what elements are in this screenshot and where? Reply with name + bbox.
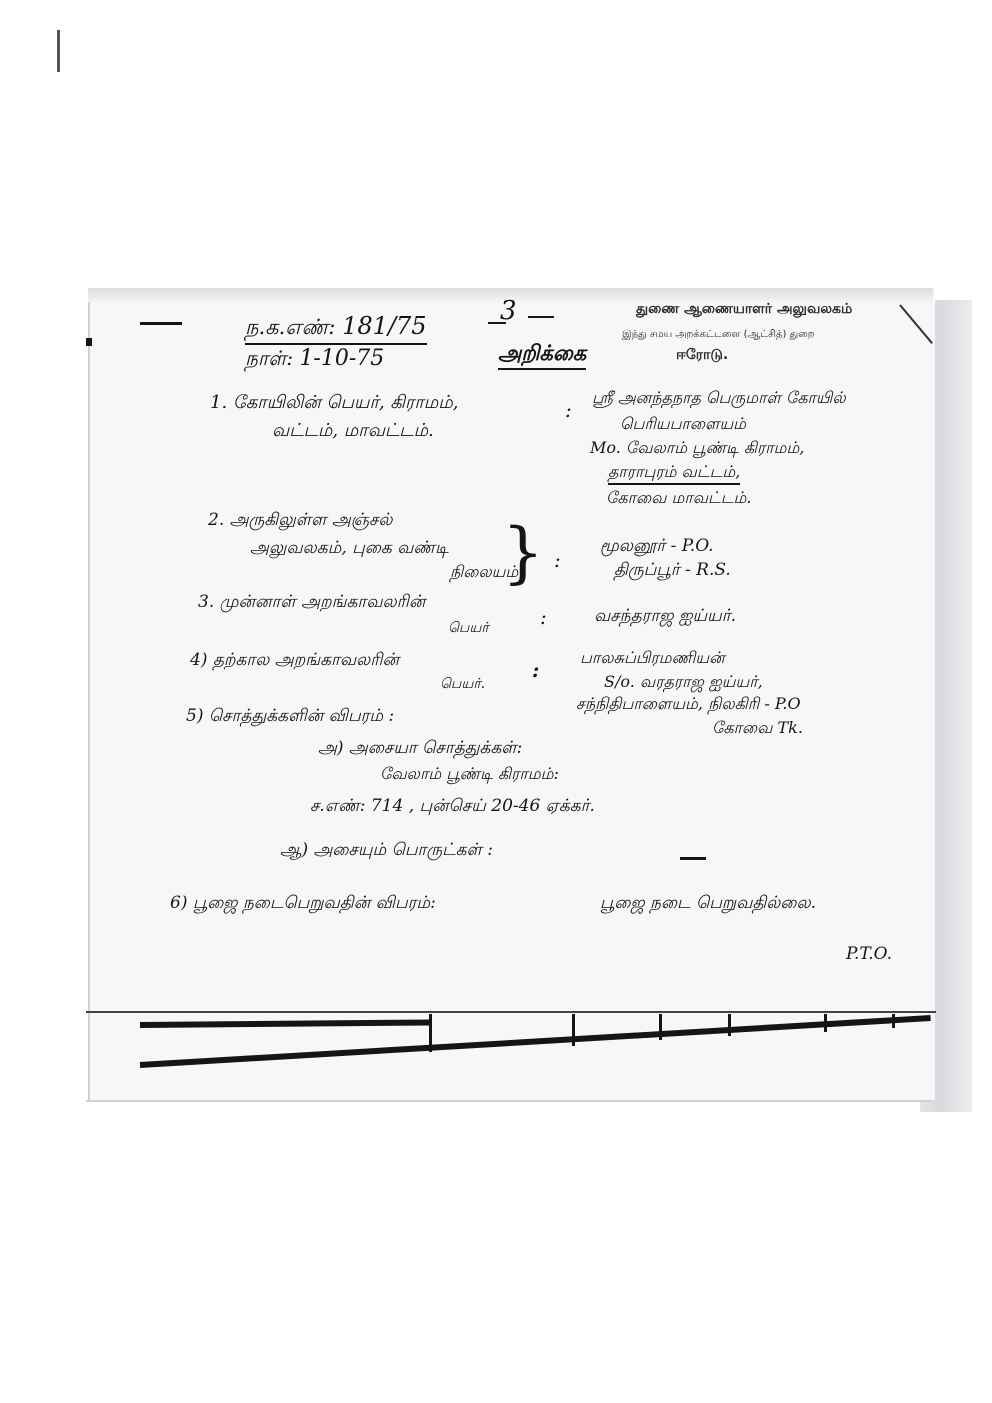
item-1-value-line-3: Mo. வேலாம் பூண்டி கிராமம், (590, 438, 804, 459)
item-3-value: வசந்தராஜ ஐய்யர். (594, 606, 736, 628)
item-3-label-line: முன்னாள் அறங்காவலரின் (220, 592, 426, 612)
reference-value: 181/75 (342, 312, 426, 340)
form-column-divider (728, 1014, 731, 1036)
date-value: 1-10-75 (299, 346, 384, 371)
item-1-number: 1. (210, 392, 227, 413)
item-6-value: பூஜை நடை பெறுவதில்லை. (600, 893, 816, 915)
reference-number: ந.க.எண்: 181/75 (245, 312, 427, 345)
item-1-label-line-2: வட்டம், மாவட்டம். (272, 420, 434, 443)
item-3-label: 3. முன்னாள் அறங்காவலரின் (198, 592, 425, 614)
margin-dash (140, 322, 182, 325)
item-5a-line-2: ச.எண்: 714 , புன்செய் 20-46 ஏக்கர். (310, 796, 595, 818)
item-5-label-line: சொத்துக்களின் விபரம் : (209, 706, 394, 726)
item-3-number: 3. (198, 592, 214, 612)
item-2-value-line-1: மூலனூர் - P.O. (600, 536, 714, 558)
reference-label: ந.க.எண்: (245, 315, 335, 339)
office-header-line3: ஈரோடு. (676, 347, 728, 365)
item-2-label-line-2: அலுவலகம், புகை வண்டி (250, 538, 449, 560)
item-5-label: 5) சொத்துக்களின் விபரம் : (186, 706, 394, 728)
item-5a-label: அ) அசையா சொத்துக்கள்: (318, 738, 522, 760)
report-title: அறிக்கை (498, 340, 586, 370)
stray-pen-mark (57, 30, 60, 72)
item-4-value-line-4: கோவை Tk. (712, 718, 803, 739)
item-2-brace: } (502, 520, 544, 586)
item-4-label-line-2: பெயர். (440, 676, 485, 694)
item-6-label: 6) பூஜை நடைபெறுவதின் விபரம்: (170, 893, 436, 915)
item-1-label-line: கோயிலின் பெயர், கிராமம், (233, 392, 459, 413)
item-6-label-line: பூஜை நடைபெறுவதின் விபரம்: (193, 893, 436, 913)
item-5-number: 5) (186, 706, 203, 726)
document-date: நாள்: 1-10-75 (245, 346, 384, 373)
pto-note: P.T.O. (846, 944, 892, 964)
item-1-colon: : (565, 398, 572, 422)
form-column-divider (892, 1014, 895, 1028)
form-column-divider (659, 1014, 662, 1040)
item-6-number: 6) (170, 893, 187, 913)
item-2-number: 2. (208, 510, 224, 530)
item-2-label: 2. அருகிலுள்ள அஞ்சல் (208, 510, 393, 532)
page-marker-dash-left (488, 322, 506, 324)
date-label: நாள்: (245, 346, 293, 370)
sheet-lower-edge (86, 1100, 931, 1102)
item-4-label-line: தற்கால அறங்காவலரின் (213, 650, 399, 670)
form-column-divider (572, 1014, 575, 1046)
item-3-colon: : (540, 605, 547, 629)
item-5b-label: ஆ) அசையும் பொருட்கள் : (280, 840, 493, 862)
office-header-line2: இந்து சமய அறக்கட்டளை (ஆட்சித்) துறை (622, 329, 815, 341)
item-5a-line-1: வேலாம் பூண்டி கிராமம்: (380, 764, 559, 785)
item-4-colon: : (532, 658, 539, 682)
sheet-bottom-edge (86, 1011, 936, 1013)
item-2-label-line: அருகிலுள்ள அஞ்சல் (230, 510, 393, 530)
item-1-value-line-2: பெரியபாளையம் (620, 414, 746, 435)
page-marker-dash-right (528, 316, 554, 318)
item-4-label: 4) தற்கால அறங்காவலரின் (190, 650, 399, 672)
item-4-value-line-2: S/o. வரதராஜ ஐய்யர், (604, 672, 763, 693)
item-4-value-line-1: பாலசுப்பிரமணியன் (580, 648, 725, 669)
form-column-divider (429, 1014, 432, 1052)
item-1-label: 1. கோயிலின் பெயர், கிராமம், (210, 392, 458, 415)
margin-mark (86, 338, 92, 346)
office-header-line1: துணை ஆணையாளர் அலுவலகம் (636, 301, 852, 319)
item-1-value-line-1: ஸ்ரீ அனந்தநாத பெருமாள் கோயில் (592, 388, 846, 409)
item-1-value-line-5: கோவை மாவட்டம். (606, 488, 751, 509)
item-5b-value-dash (680, 857, 706, 860)
item-2-colon: : (554, 548, 561, 572)
form-column-divider (824, 1014, 827, 1032)
item-1-value-line-4: தாராபுரம் வட்டம், (608, 462, 740, 485)
item-4-value-line-3: சந்நிதிபாளையம், நிலகிரி - P.O (576, 694, 801, 715)
item-3-label-line-2: பெயர் (448, 620, 489, 638)
item-4-number: 4) (190, 650, 207, 670)
item-2-value-line-2: திருப்பூர் - R.S. (614, 560, 731, 582)
